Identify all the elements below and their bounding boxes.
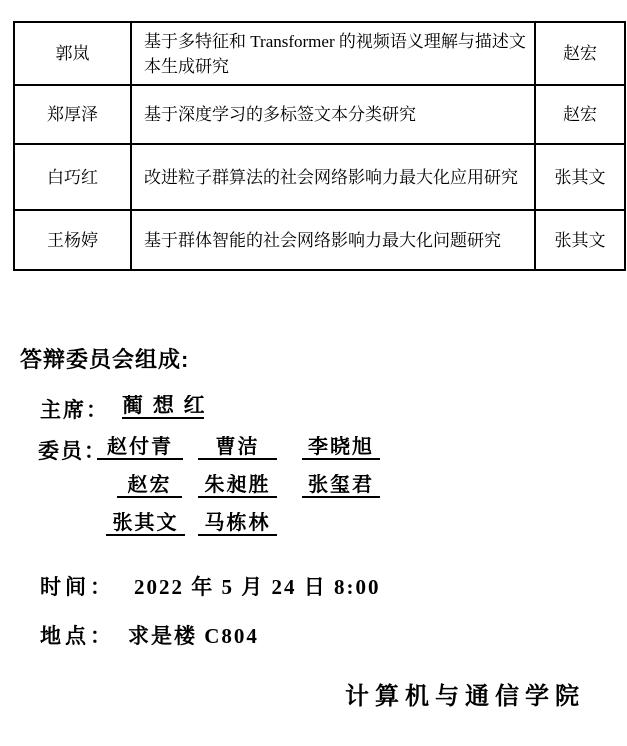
thesis-title-cell: 基于多特征和 Transformer 的视频语义理解与描述文本生成研究 (131, 22, 535, 85)
time-value: 2022 年 5 月 24 日 8:00 (134, 571, 381, 601)
department-signature: 计算机与通信学院 (345, 676, 585, 711)
thesis-table: 郭岚 基于多特征和 Transformer 的视频语义理解与描述文本生成研究 赵… (13, 21, 626, 271)
member-name: 张玺君 (302, 474, 380, 498)
member-name: 朱昶胜 (198, 474, 277, 498)
student-name-cell: 郭岚 (14, 22, 131, 85)
thesis-title-cell: 基于群体智能的社会网络影响力最大化问题研究 (131, 210, 535, 270)
table-row: 郑厚泽 基于深度学习的多标签文本分类研究 赵宏 (14, 85, 625, 144)
document-page: 郭岚 基于多特征和 Transformer 的视频语义理解与描述文本生成研究 赵… (0, 0, 627, 746)
table-row: 白巧红 改进粒子群算法的社会网络影响力最大化应用研究 张其文 (14, 144, 625, 210)
member-name: 李晓旭 (302, 436, 380, 460)
advisor-name-cell: 赵宏 (535, 22, 625, 85)
location-label: 地点： (40, 620, 115, 650)
student-name-cell: 郑厚泽 (14, 85, 131, 144)
member-name: 曹洁 (198, 436, 277, 460)
location-value: 求是楼 C804 (128, 620, 259, 650)
table-row: 王杨婷 基于群体智能的社会网络影响力最大化问题研究 张其文 (14, 210, 625, 270)
advisor-name-cell: 张其文 (535, 210, 625, 270)
student-name-cell: 白巧红 (14, 144, 131, 210)
member-name: 马栋林 (198, 512, 277, 536)
thesis-title-cell: 基于深度学习的多标签文本分类研究 (131, 85, 535, 144)
time-label: 时间： (40, 571, 115, 601)
chair-label: 主席： (40, 394, 109, 424)
committee-heading: 答辩委员会组成: (20, 343, 189, 374)
advisor-name-cell: 张其文 (535, 144, 625, 210)
student-name-cell: 王杨婷 (14, 210, 131, 270)
advisor-name-cell: 赵宏 (535, 85, 625, 144)
member-name: 张其文 (106, 512, 185, 536)
member-name: 赵付青 (97, 436, 183, 460)
member-name: 赵宏 (117, 474, 182, 498)
table-row: 郭岚 基于多特征和 Transformer 的视频语义理解与描述文本生成研究 赵… (14, 22, 625, 85)
chair-name: 蔺 想 红 (122, 395, 204, 419)
thesis-title-cell: 改进粒子群算法的社会网络影响力最大化应用研究 (131, 144, 535, 210)
